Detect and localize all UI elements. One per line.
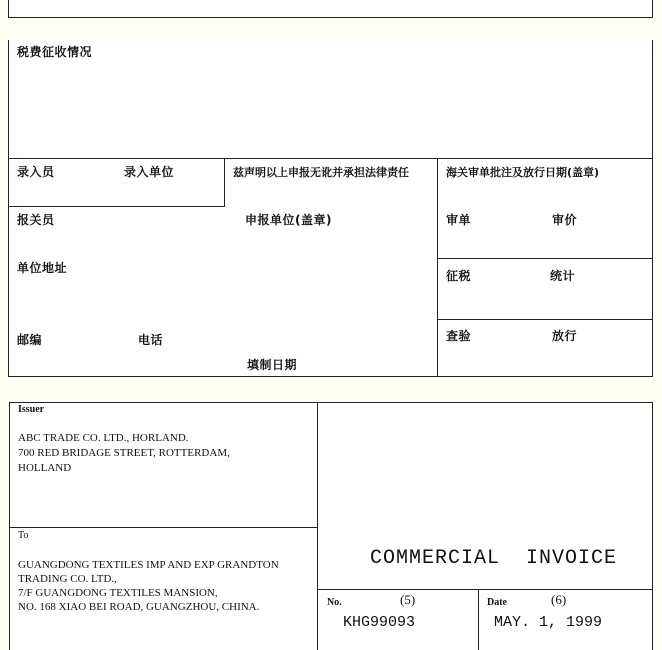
- divider: [317, 589, 653, 590]
- invoice-number-value: KHG99093: [343, 614, 415, 631]
- divider: [224, 158, 225, 207]
- entry-unit-label: 录入单位: [124, 163, 174, 180]
- tax-section-title: 税费征收情况: [17, 43, 92, 60]
- inspection-label: 查验: [446, 327, 471, 344]
- divider: [437, 158, 438, 377]
- review-price-label: 审价: [552, 211, 577, 228]
- divider: [437, 319, 652, 320]
- divider: [8, 158, 653, 159]
- unit-address-label: 单位地址: [17, 259, 67, 276]
- review-document-label: 审单: [446, 211, 471, 228]
- divider: [9, 527, 318, 528]
- statistics-label: 统计: [550, 267, 575, 284]
- issuer-line: ABC TRADE CO. LTD., HORLAND.: [18, 431, 189, 445]
- levy-tax-label: 征税: [446, 267, 471, 284]
- entry-clerk-label: 录入员: [17, 163, 55, 180]
- top-form-box: [8, 0, 653, 18]
- telephone-label: 电话: [138, 331, 163, 348]
- invoice-date-ref: (6): [551, 592, 566, 608]
- issuer-line: HOLLAND: [18, 461, 71, 475]
- invoice-date-label: Date: [487, 597, 507, 608]
- fill-date-label: 填制日期: [247, 356, 297, 373]
- invoice-date-value: MAY. 1, 1999: [494, 614, 602, 631]
- issuer-line: 700 RED BRIDAGE STREET, ROTTERDAM,: [18, 446, 230, 460]
- declarant-label: 报关员: [17, 211, 55, 228]
- to-label: To: [18, 529, 28, 543]
- divider: [437, 258, 652, 259]
- invoice-number-label: No.: [327, 597, 342, 608]
- to-line: NO. 168 XIAO BEI ROAD, GUANGZHOU, CHINA.: [18, 600, 259, 614]
- to-line: TRADING CO. LTD.,: [18, 572, 117, 586]
- divider: [8, 206, 225, 207]
- postal-code-label: 邮编: [17, 331, 42, 348]
- customs-approval-title: 海关审单批注及放行日期(盖章): [446, 164, 599, 180]
- divider: [317, 402, 318, 650]
- to-line: 7/F GUANGDONG TEXTILES MANSION,: [18, 586, 218, 600]
- release-label: 放行: [552, 327, 577, 344]
- issuer-label: Issuer: [18, 404, 44, 415]
- divider: [478, 589, 479, 650]
- to-line: GUANGDONG TEXTILES IMP AND EXP GRANDTON: [18, 558, 279, 572]
- declaration-statement: 兹声明以上申报无讹并承担法律责任: [233, 164, 409, 180]
- declaring-unit-seal-label: 申报单位(盖章): [245, 211, 332, 228]
- invoice-number-ref: (5): [400, 592, 415, 608]
- invoice-title: COMMERCIAL INVOICE: [370, 547, 617, 570]
